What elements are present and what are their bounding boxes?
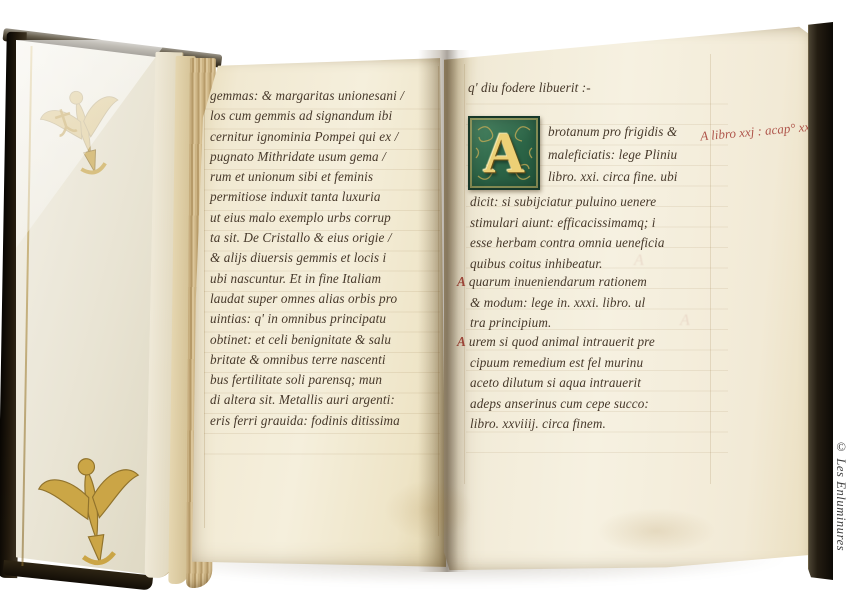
right-page-edge-shading <box>444 24 814 574</box>
gold-eagle-ornament-bottom-icon <box>25 429 160 586</box>
manuscript-photo: gemmas: & margaritas unionesani / los cu… <box>0 0 858 600</box>
copyright-watermark: © Les Enluminures <box>833 440 848 598</box>
parchment-stain <box>384 480 474 540</box>
right-cover-fore-edge <box>808 22 833 580</box>
parchment-stain <box>596 508 716 554</box>
right-page: A A q' diu fodere libuerit :- A brotanum… <box>444 24 814 574</box>
